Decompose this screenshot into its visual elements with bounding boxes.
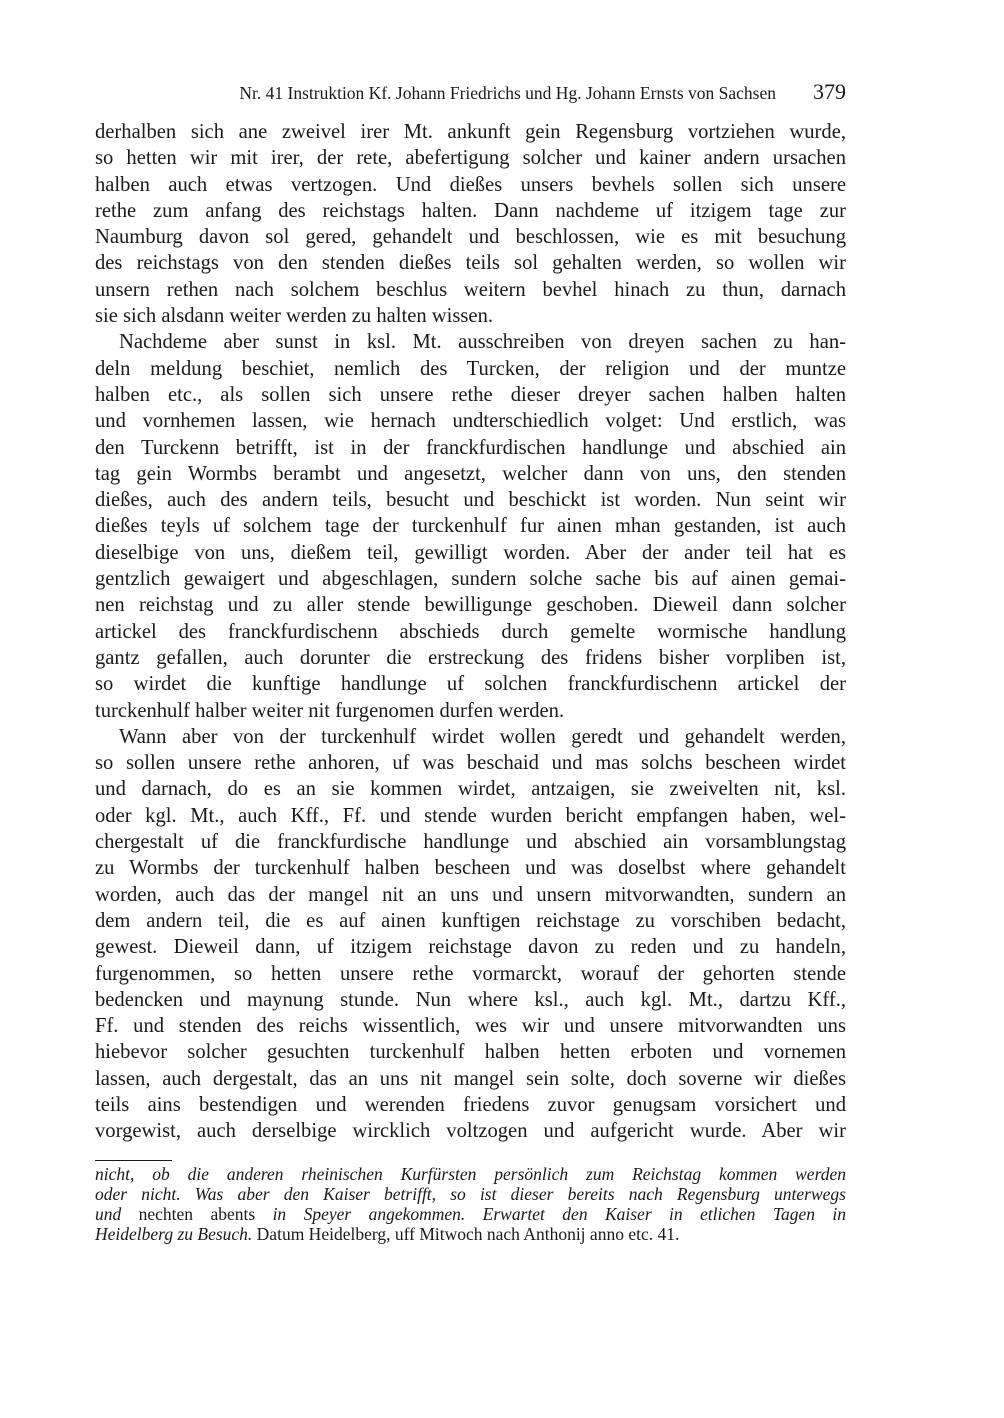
text-line: oder kgl. Mt., auch Kff., Ff. und stende… — [95, 803, 846, 829]
text-line: und vornhemen lassen, wie hernach undter… — [95, 408, 846, 434]
footnote-line: oder nicht. Was aber den Kaiser betrifft… — [95, 1184, 846, 1204]
text-line: lassen, auch dergestalt, das an uns nit … — [95, 1066, 846, 1092]
footnote-italic-fragment: Heidelberg zu Besuch. — [95, 1224, 252, 1244]
text-line: artickel des franckfurdischenn abschieds… — [95, 619, 846, 645]
text-line: hiebevor solcher gesuchten turckenhulf h… — [95, 1039, 846, 1065]
running-head: Nr. 41 Instruktion Kf. Johann Friedrichs… — [95, 80, 846, 106]
text-line: nen reichstag und zu aller stende bewill… — [95, 592, 846, 618]
text-line: den Turckenn betrifft, ist in der franck… — [95, 435, 846, 461]
text-line: so sollen unsere rethe anhoren, uf was b… — [95, 750, 846, 776]
text-line: zu Wormbs der turckenhulf halben beschee… — [95, 855, 846, 881]
text-line: unsern rethen nach solchem beschlus weit… — [95, 277, 846, 303]
footnote-italic-fragment: und — [95, 1204, 121, 1224]
text-line: tag gein Wormbs berambt und angesetzt, w… — [95, 461, 846, 487]
text-line: furgenommen, so hetten unsere rethe vorm… — [95, 961, 846, 987]
footnote-quoted-fragment: Datum Heidelberg, uff Mitwoch nach Antho… — [252, 1224, 679, 1244]
text-line: dießes teyls uf solchem tage der turcken… — [95, 513, 846, 539]
text-line: dem andern teil, die es auf ainen kunfti… — [95, 908, 846, 934]
footnote-line: Heidelberg zu Besuch. Datum Heidelberg, … — [95, 1224, 846, 1244]
text-line: Naumburg davon sol gered, gehandelt und … — [95, 224, 846, 250]
text-line: vorgewist, auch derselbige wircklich vol… — [95, 1118, 846, 1144]
text-line: dieselbige von uns, dießem teil, gewilli… — [95, 540, 846, 566]
footnote-line: und nechten abents in Speyer angekommen.… — [95, 1204, 846, 1224]
text-line: gewest. Dieweil dann, uf itzigem reichst… — [95, 934, 846, 960]
text-line: chergestalt uf die franckfurdische handl… — [95, 829, 846, 855]
text-line: deln meldung beschiet, nemlich des Turck… — [95, 356, 846, 382]
text-line: gentzlich gewaigert und abgeschlagen, su… — [95, 566, 846, 592]
text-line: derhalben sich ane zweivel irer Mt. anku… — [95, 119, 846, 145]
text-line: Ff. und stenden des reichs wissentlich, … — [95, 1013, 846, 1039]
text-line: worden, auch das der mangel nit an uns u… — [95, 882, 846, 908]
running-title: Nr. 41 Instruktion Kf. Johann Friedrichs… — [239, 80, 776, 106]
body-text: derhalben sich ane zweivel irer Mt. anku… — [95, 119, 846, 1145]
paragraph-start-line: Wann aber von der turckenhulf wirdet wol… — [95, 724, 846, 750]
text-line: dießes, auch des andern teils, besucht u… — [95, 487, 846, 513]
paragraph-start-line: Nachdeme aber sunst in ksl. Mt. ausschre… — [95, 329, 846, 355]
text-line: rethe zum anfang des reichstags halten. … — [95, 198, 846, 224]
text-line: und darnach, do es an sie kommen wirdet,… — [95, 776, 846, 802]
text-line: des reichstags von den stenden dießes te… — [95, 250, 846, 276]
text-line: bedencken und maynung stunde. Nun where … — [95, 987, 846, 1013]
text-line: turckenhulf halber weiter nit furgenomen… — [95, 698, 846, 724]
text-line: so wirdet die kunftige handlunge uf solc… — [95, 671, 846, 697]
footnote-separator-rule — [95, 1160, 172, 1161]
text-line: halben auch etwas vertzogen. Und dießes … — [95, 172, 846, 198]
footnote: nicht, ob die anderen rheinischen Kurfür… — [95, 1164, 846, 1244]
text-line: teils ains bestendigen und werenden frie… — [95, 1092, 846, 1118]
footnote-quoted-fragment: nechten abents — [121, 1204, 272, 1224]
footnote-italic-fragment: in Speyer angekommen. Erwartet den Kaise… — [273, 1204, 846, 1224]
text-line: so hetten wir mit irer, der rete, abefer… — [95, 145, 846, 171]
page-number: 379 — [813, 79, 846, 105]
text-line: sie sich alsdann weiter werden zu halten… — [95, 303, 846, 329]
text-line: gantz gefallen, auch dorunter die erstre… — [95, 645, 846, 671]
text-line: halben etc., als sollen sich unsere reth… — [95, 382, 846, 408]
footnote-line: nicht, ob die anderen rheinischen Kurfür… — [95, 1164, 846, 1184]
